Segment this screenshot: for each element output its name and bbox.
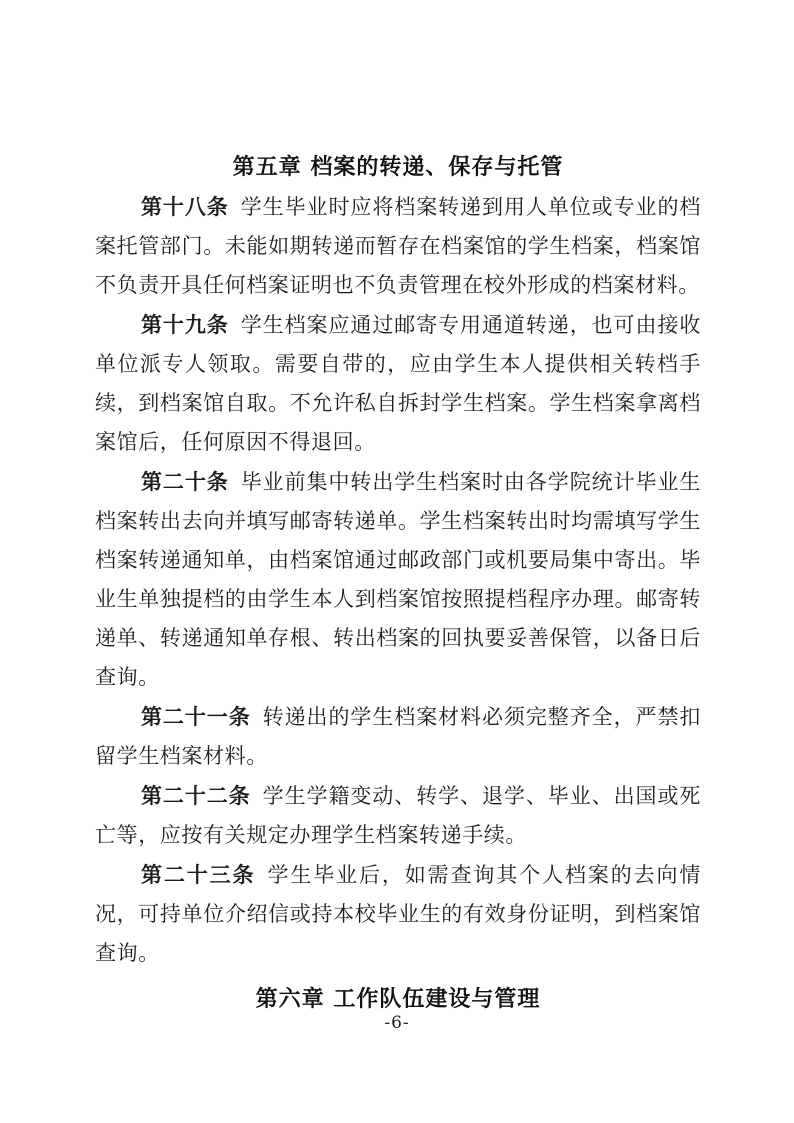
article-21-label: 第二十一条	[141, 704, 251, 729]
article-21: 第二十一条转递出的学生档案材料必须完整齐全，严禁扣留学生档案材料。	[95, 697, 701, 776]
article-20: 第二十条毕业前集中转出学生档案时由各学院统计毕业生档案转出去向并填写邮寄转递单。…	[95, 462, 701, 697]
article-19-label: 第十九条	[141, 312, 229, 337]
article-22-label: 第二十二条	[141, 783, 251, 808]
document-page: 第五章 档案的转递、保存与托管 第十八条学生毕业时应将档案转递到用人单位或专业的…	[0, 0, 794, 1123]
page-number: -6-	[0, 1013, 794, 1033]
page-content: 第五章 档案的转递、保存与托管 第十八条学生毕业时应将档案转递到用人单位或专业的…	[95, 148, 701, 1019]
article-22: 第二十二条学生学籍变动、转学、退学、毕业、出国或死亡等，应按有关规定办理学生档案…	[95, 776, 701, 855]
article-18-label: 第十八条	[141, 194, 229, 219]
article-23-label: 第二十三条	[141, 862, 255, 887]
article-18: 第十八条学生毕业时应将档案转递到用人单位或专业的档案托管部门。未能如期转递而暂存…	[95, 187, 701, 305]
article-20-text: 毕业前集中转出学生档案时由各学院统计毕业生档案转出去向并填写邮寄转递单。学生档案…	[95, 470, 701, 689]
article-19: 第十九条学生档案应通过邮寄专用通道转递，也可由接收单位派专人领取。需要自带的，应…	[95, 305, 701, 462]
article-20-label: 第二十条	[141, 469, 229, 494]
article-23: 第二十三条学生毕业后，如需查询其个人档案的去向情况，可持单位介绍信或持本校毕业生…	[95, 855, 701, 973]
chapter5-title: 第五章 档案的转递、保存与托管	[95, 148, 701, 187]
